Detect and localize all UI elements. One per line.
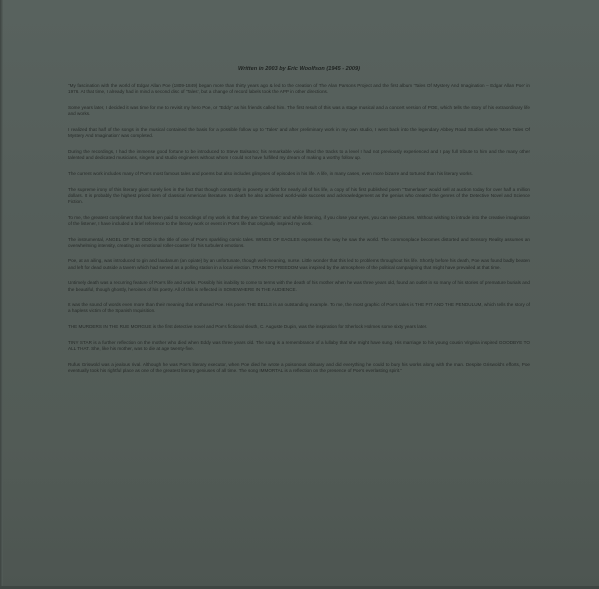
paragraph: Poe, at an ailing, was introduced to gin… (68, 258, 530, 270)
paragraph: Rufus Griswold was a jealous rival. Alth… (68, 362, 530, 374)
paragraph: During the recordings, I had the immense… (68, 149, 530, 161)
paragraph: It was the sound of words even more than… (68, 302, 530, 314)
page-edge-left (0, 0, 3, 589)
paragraph: Untimely death was a recurring feature o… (68, 280, 530, 292)
liner-notes-page: Written in 2003 by Eric Woolfson (1945 -… (0, 0, 599, 589)
liner-notes-body: Written in 2003 by Eric Woolfson (1945 -… (68, 66, 530, 384)
paragraph: "My fascination with the world of Edgar … (68, 83, 530, 95)
paragraph: I realized that half of the songs in the… (68, 127, 530, 139)
paragraph: TINY STAR is a further reflection on the… (68, 340, 530, 352)
paragraph: To me, the greatest compliment that has … (68, 215, 530, 227)
paragraph: THE MURDERS IN THE RUE MORGUE is the fir… (68, 324, 530, 330)
paragraph: The instrumental, ANGEL OF THE ODD is th… (68, 237, 530, 249)
document-title: Written in 2003 by Eric Woolfson (1945 -… (68, 66, 530, 72)
paragraph: Some years later, I decided it was time … (68, 105, 530, 117)
paragraph: The supreme irony of this literary giant… (68, 187, 530, 206)
paragraph: The current work includes many of Poe's … (68, 171, 530, 177)
